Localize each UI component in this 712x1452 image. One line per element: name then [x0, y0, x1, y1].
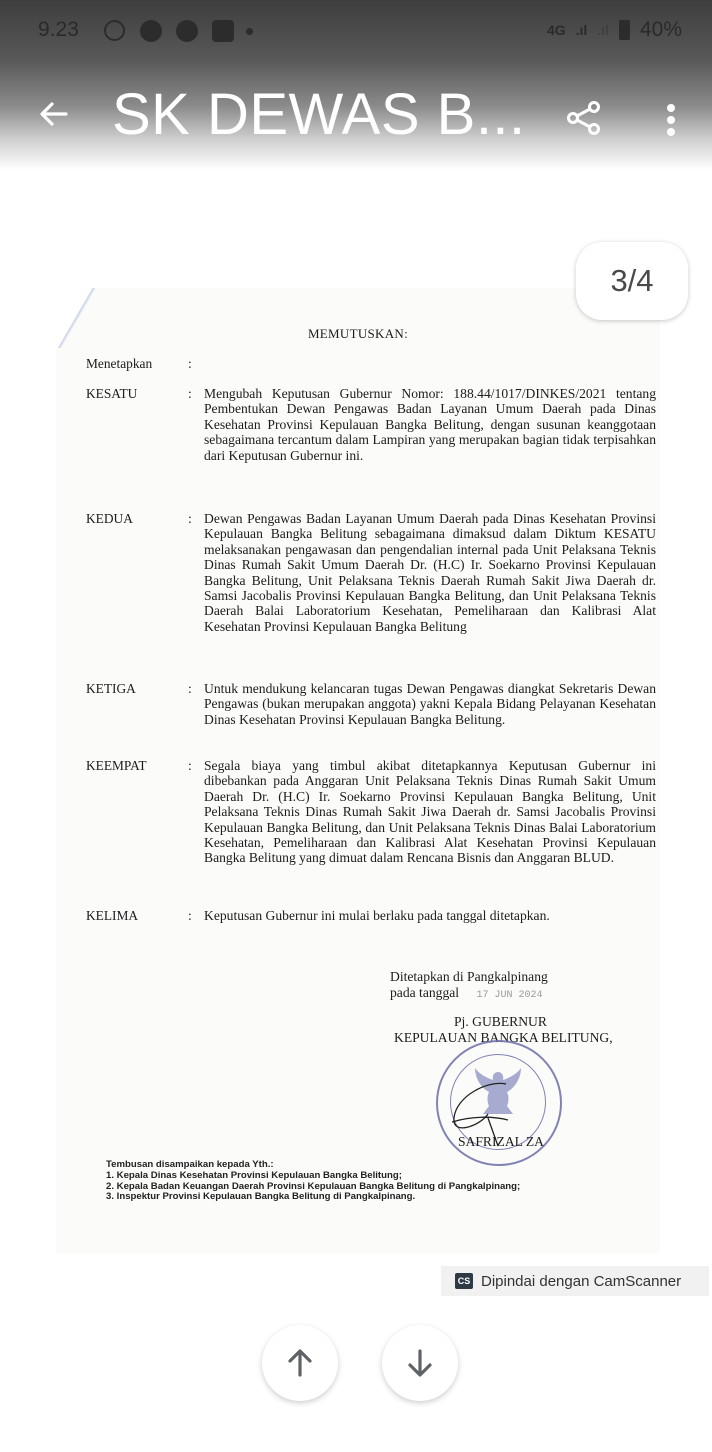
- watermark-text: Dipindai dengan CamScanner: [481, 1273, 681, 1290]
- dictum-text: Mengubah Keputusan Gubernur Nomor: 188.4…: [204, 386, 656, 463]
- page-indicator: 3/4: [576, 242, 688, 320]
- app-bar: SK DEWAS B...: [0, 72, 712, 152]
- more-options-button[interactable]: [656, 100, 686, 140]
- signal-icon: .ıl: [576, 22, 588, 38]
- dictum-text: Dewan Pengawas Badan Layanan Umum Daerah…: [204, 511, 656, 634]
- colon: :: [188, 681, 192, 697]
- more-vertical-icon: [656, 100, 686, 140]
- arrow-up-icon: [283, 1346, 317, 1380]
- dot-icon: [246, 28, 253, 35]
- date-label: pada tanggal: [390, 985, 459, 1000]
- signatory-name: SAFRIZAL ZA: [458, 1134, 544, 1150]
- scanned-page[interactable]: MEMUTUSKAN: Menetapkan : KESATU : Mengub…: [56, 288, 660, 1254]
- camscanner-watermark: CS Dipindai dengan CamScanner: [441, 1266, 709, 1296]
- back-button[interactable]: [34, 94, 74, 134]
- colon: :: [188, 758, 192, 774]
- arrow-left-icon: [34, 94, 74, 134]
- dictum-label: KEEMPAT: [86, 758, 186, 774]
- dictum-label: KEDUA: [86, 511, 186, 527]
- signatory-title-1: Pj. GUBERNUR: [454, 1014, 547, 1030]
- battery-level: 40%: [640, 18, 682, 42]
- camscanner-logo-icon: CS: [455, 1273, 473, 1289]
- status-right: 4G .ıl .ıl 40%: [547, 18, 682, 42]
- dictum-text: Segala biaya yang timbul akibat ditetapk…: [204, 758, 656, 866]
- document-title: SK DEWAS B...: [112, 80, 526, 150]
- top-bar: 9.23 4G .ıl .ıl 40% SK DEWAS B...: [0, 0, 712, 170]
- share-button[interactable]: [564, 98, 604, 138]
- dictum-label: KELIMA: [86, 908, 186, 924]
- dictum-text: Keputusan Gubernur ini mulai berlaku pad…: [204, 908, 656, 923]
- dictum-text: Untuk mendukung kelancaran tugas Dewan P…: [204, 681, 656, 727]
- share-icon: [564, 98, 604, 138]
- signature-place: Ditetapkan di Pangkalpinang: [390, 969, 548, 985]
- date-stamp: 17 JUN 2024: [476, 990, 542, 1001]
- status-time: 9.23: [38, 18, 79, 42]
- arrow-down-icon: [403, 1346, 437, 1380]
- tembusan: Tembusan disampaikan kepada Yth.: 1. Kep…: [106, 1160, 520, 1203]
- status-bar: 9.23 4G .ıl .ıl 40%: [0, 14, 712, 48]
- colon: :: [188, 908, 192, 924]
- speedometer-icon: [176, 20, 198, 42]
- previous-page-button[interactable]: [262, 1325, 338, 1401]
- dictum-label: KESATU: [86, 386, 186, 402]
- battery-icon: [619, 20, 630, 40]
- colon: :: [188, 386, 192, 402]
- network-type: 4G: [547, 22, 566, 38]
- document-heading: MEMUTUSKAN:: [56, 326, 660, 342]
- shopping-bag-icon: [212, 20, 234, 42]
- colon: :: [188, 511, 192, 527]
- chat-bubble-icon: [140, 20, 162, 42]
- document-body: MEMUTUSKAN: Menetapkan : KESATU : Mengub…: [56, 288, 660, 1254]
- tembusan-item: 3. Inspektur Provinsi Kepulauan Bangka B…: [106, 1192, 520, 1203]
- signal-2-icon: .ıl: [597, 22, 609, 38]
- next-page-button[interactable]: [382, 1325, 458, 1401]
- dictum-label: KETIGA: [86, 681, 186, 697]
- menetapkan-label: Menetapkan: [86, 356, 186, 372]
- whatsapp-icon: [104, 20, 125, 41]
- colon: :: [188, 356, 192, 372]
- signature-date: pada tanggal 17 JUN 2024: [390, 985, 543, 1004]
- tembusan-item: 1. Kepala Dinas Kesehatan Provinsi Kepul…: [106, 1171, 520, 1182]
